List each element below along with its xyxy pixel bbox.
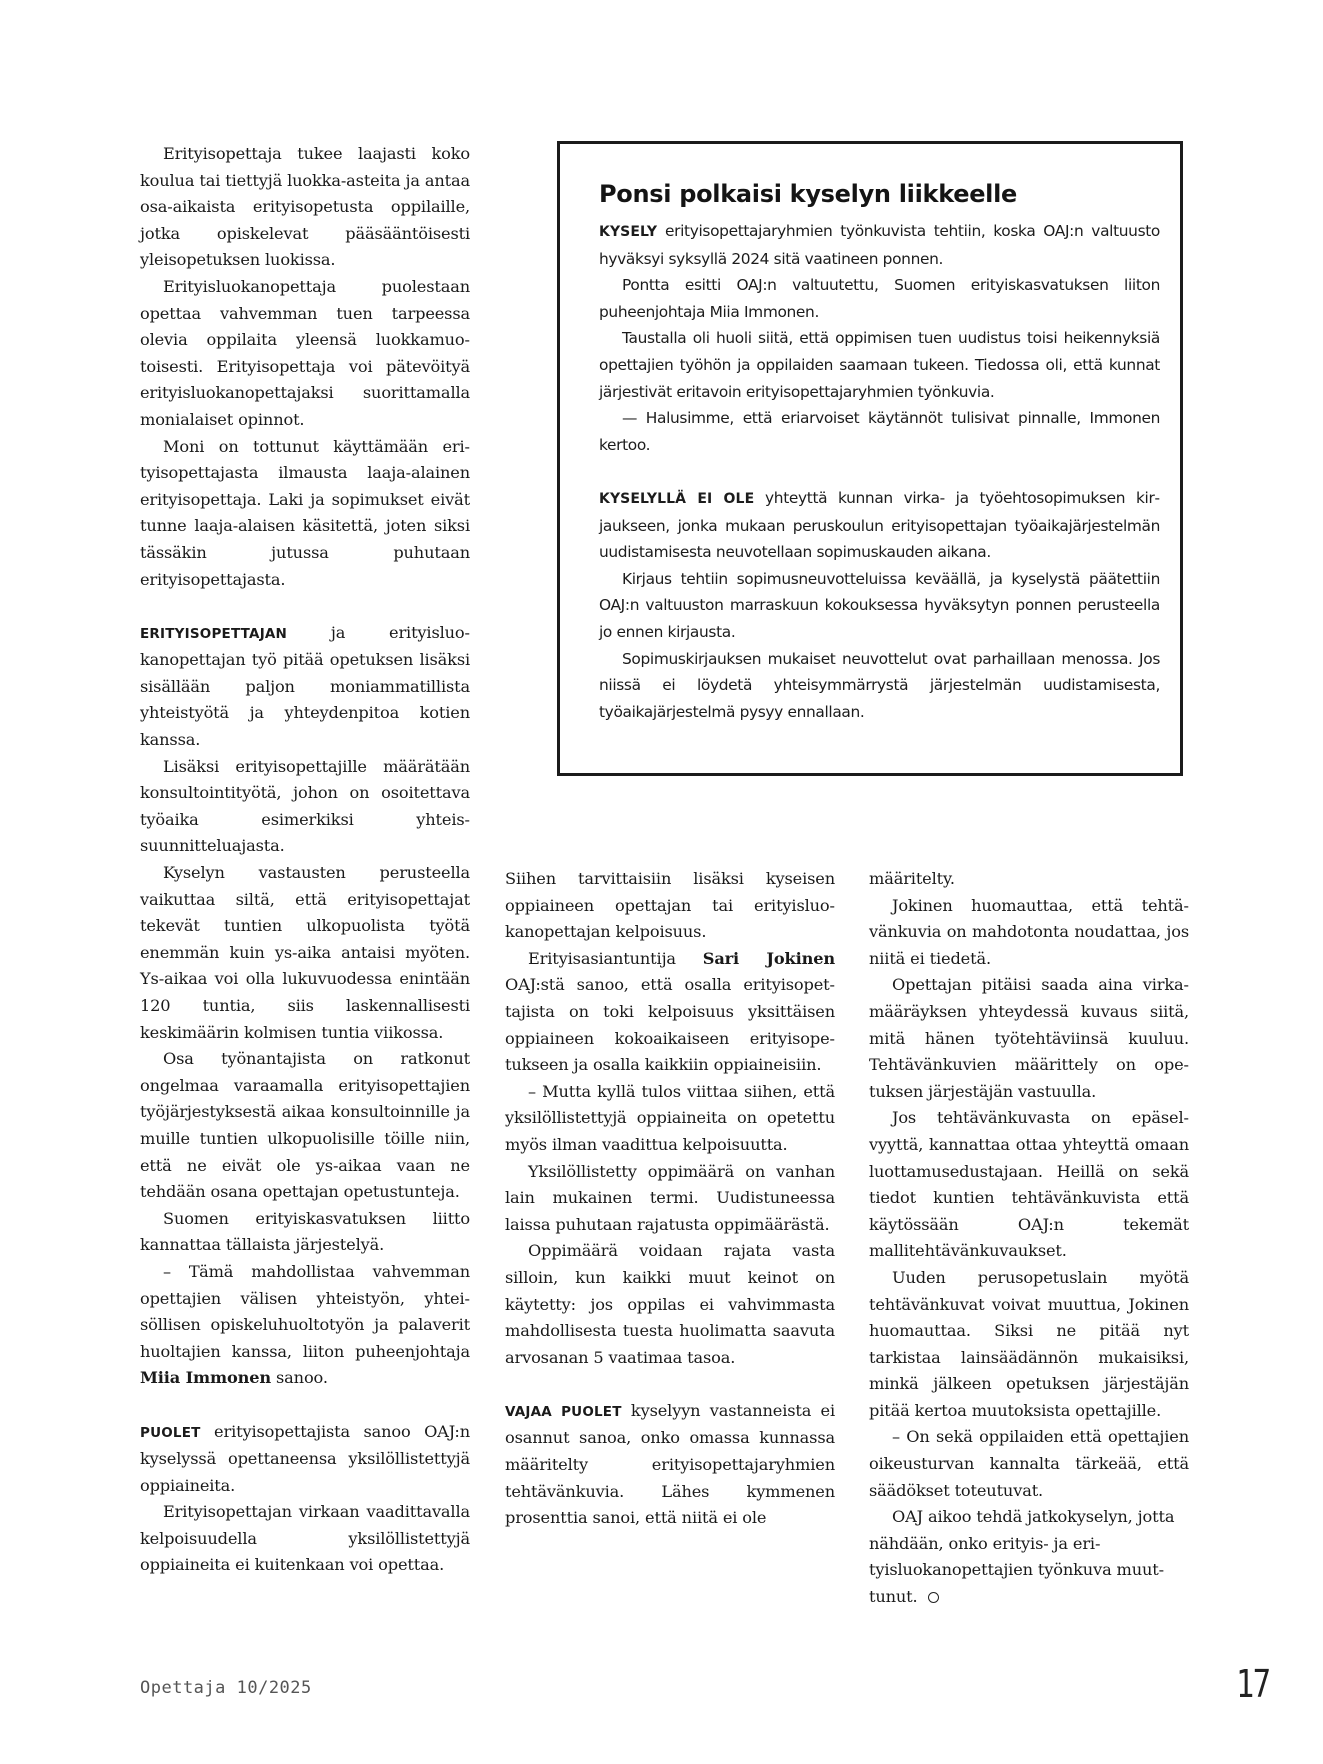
paragraph: Sopimuskirjauksen mukaiset neuvottelut o… — [599, 646, 1160, 726]
circle-end-icon — [928, 1592, 939, 1603]
quote-paragraph: – On sekä oppilaiden että opetta­jien oi… — [869, 1424, 1189, 1504]
article-column-right: määritelty. Jokinen huomauttaa, että teh… — [869, 866, 1189, 1611]
lead-in-caps: PUOLET — [140, 1425, 201, 1441]
paragraph: PUOLET erityisopettajista sanoo OAJ:n ky… — [140, 1419, 470, 1500]
paragraph: Erityisopettaja tukee laajasti koko koul… — [140, 141, 470, 274]
quote-paragraph: — Halusimme, että eriarvoiset käytännöt … — [599, 405, 1160, 458]
sidebar-content: Ponsi polkaisi kyselyn liikkeelle KYSELY… — [599, 176, 1160, 725]
paragraph-text: – Tämä mahdollistaa vahvemman opettajien… — [140, 1262, 470, 1361]
person-name: Miia Immonen — [140, 1368, 271, 1387]
lead-in-caps: VAJAA PUOLET — [505, 1404, 622, 1420]
paragraph: Pontta esitti OAJ:n valtuutettu, Suomen … — [599, 272, 1160, 325]
page-number: 17 — [1236, 1662, 1269, 1706]
paragraph: Yksilöllistetty oppimäärä on van­han lai… — [505, 1159, 835, 1239]
paragraph-text: OAJ aikoo tehdä jatkokyselyn, jotta nähd… — [869, 1507, 1174, 1606]
paragraph: Erityisluokanopettaja puolestaan opettaa… — [140, 274, 470, 434]
paragraph: Erityisopettajan virkaan vaaditta­valla … — [140, 1499, 470, 1579]
paragraph: Opettajan pitäisi saada aina virka­määrä… — [869, 972, 1189, 1105]
paragraph-text: erityisopettajaryhmien työnkuvista tehti… — [599, 222, 1160, 268]
paragraph: Lisäksi erityisopettajille määrä­tään ko… — [140, 754, 470, 860]
sidebar-title: Ponsi polkaisi kyselyn liikkeelle — [599, 176, 1160, 212]
article-column-left: Erityisopettaja tukee laajasti koko koul… — [140, 141, 470, 1579]
paragraph: Taustalla oli huoli siitä, että oppimise… — [599, 325, 1160, 405]
paragraph: Siihen tarvittaisiin lisäksi kyseisen op… — [505, 866, 835, 946]
paragraph: KYSELYLLÄ EI OLE yhteyttä kunnan virka- … — [599, 485, 1160, 566]
paragraph: Moni on tottunut käyttämään eri­tyisopet… — [140, 434, 470, 594]
paragraph: VAJAA PUOLET kyselyyn vastanneista ei os… — [505, 1398, 835, 1532]
paragraph: Osa työnantajista on ratkonut ongelmaa v… — [140, 1046, 470, 1206]
paragraph: Uuden perusopetuslain myötä tehtävänkuva… — [869, 1265, 1189, 1425]
paragraph: ERITYISOPETTAJAN ja erityisluo­kanopetta… — [140, 620, 470, 754]
paragraph-text: sanoo. — [271, 1368, 328, 1387]
paragraph-text: OAJ:stä sanoo, että osalla erityisopet­t… — [505, 975, 835, 1074]
paragraph-text: Erityisasiantuntija — [528, 949, 703, 968]
paragraph: Kyselyn vastausten perusteella vaikuttaa… — [140, 860, 470, 1046]
sidebar-factbox: Ponsi polkaisi kyselyn liikkeelle KYSELY… — [557, 141, 1183, 776]
quote-paragraph: – Tämä mahdollistaa vahvemman opettajien… — [140, 1259, 470, 1392]
person-name: Sari Jokinen — [703, 949, 835, 968]
lead-in-caps: ERITYISOPETTAJAN — [140, 626, 287, 642]
paragraph: Suomen erityiskasvatuksen liitto kannatt… — [140, 1206, 470, 1259]
paragraph: OAJ aikoo tehdä jatkokyselyn, jotta nähd… — [869, 1504, 1189, 1610]
lead-in-caps: KYSELYLLÄ EI OLE — [599, 491, 754, 507]
article-column-middle: Siihen tarvittaisiin lisäksi kyseisen op… — [505, 866, 835, 1532]
lead-in-caps: KYSELY — [599, 224, 657, 240]
paragraph: määritelty. — [869, 866, 1189, 893]
paragraph: Kirjaus tehtiin sopimusneuvotteluissa ke… — [599, 566, 1160, 646]
paragraph: Jokinen huomauttaa, että tehtä­vänkuvia … — [869, 893, 1189, 973]
paragraph: KYSELY erityisopettajaryhmien työnkuvist… — [599, 218, 1160, 272]
publication-issue: Opettaja 10/2025 — [140, 1678, 312, 1698]
paragraph: Oppimäärä voidaan rajata vasta silloin, … — [505, 1238, 835, 1371]
quote-paragraph: – Mutta kyllä tulos viittaa siihen, että… — [505, 1079, 835, 1159]
paragraph: Jos tehtävänkuvasta on epäsel­vyyttä, ka… — [869, 1105, 1189, 1265]
paragraph: Erityisasiantuntija Sari Jokinen OAJ:stä… — [505, 946, 835, 1079]
